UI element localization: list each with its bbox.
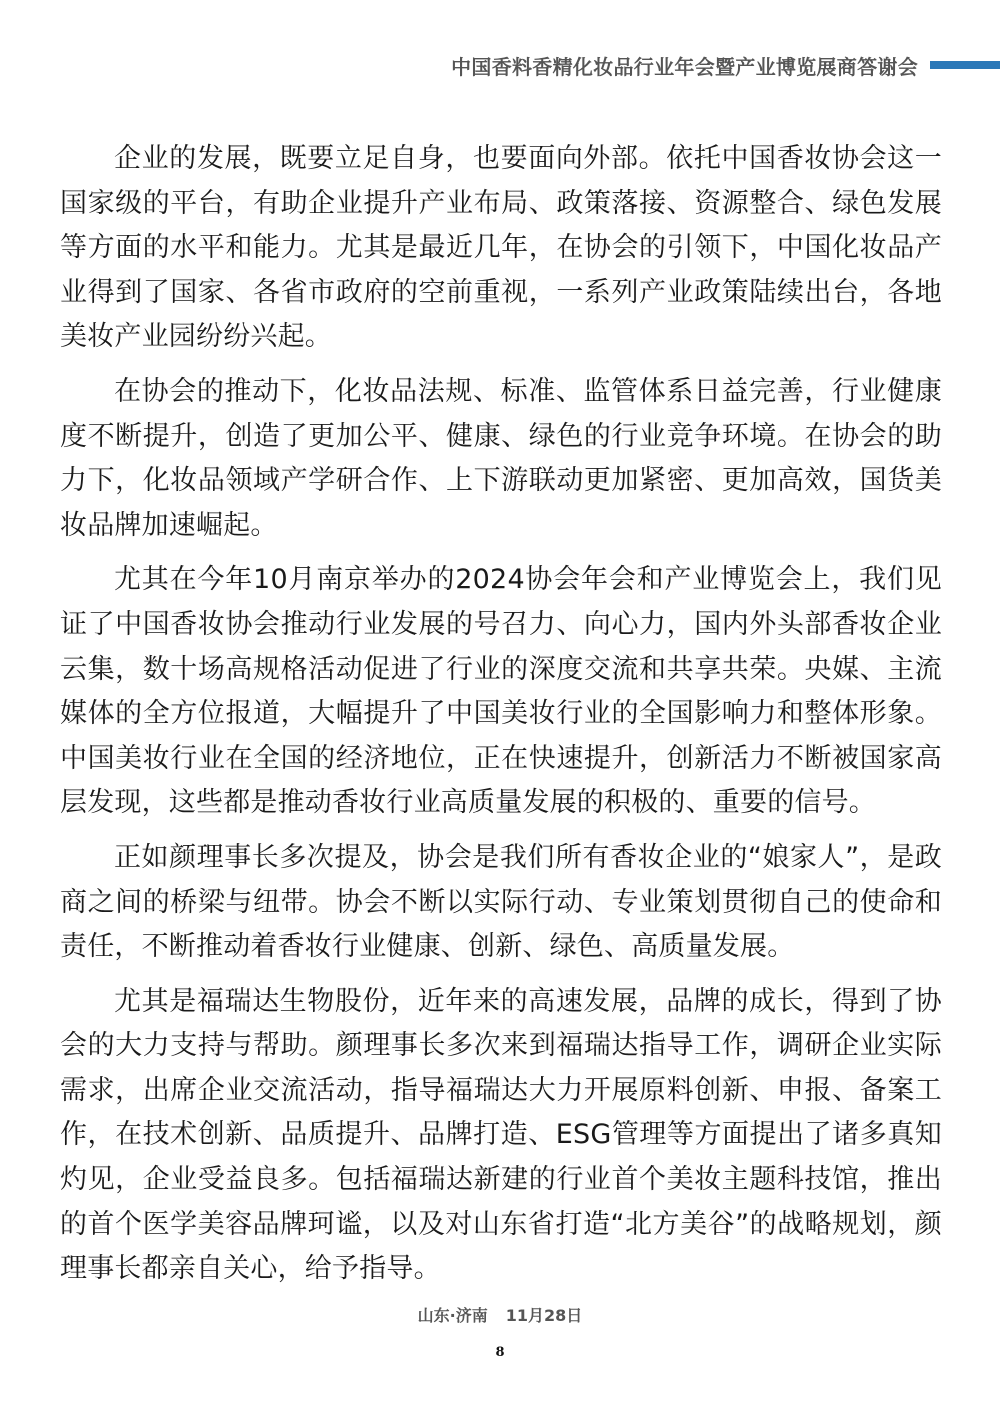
footer-location: 山东·济南 [418,1306,488,1325]
paragraph: 在协会的推动下，化妆品法规、标准、监管体系日益完善，行业健康度不断提升，创造了更… [60,370,942,548]
paragraph: 企业的发展，既要立足自身，也要面向外部。依托中国香妆协会这一国家级的平台，有助企… [60,137,942,360]
paragraph: 尤其在今年10月南京举办的2024协会年会和产业博览会上，我们见证了中国香妆协会… [60,558,942,826]
paragraph: 正如颜理事长多次提及，协会是我们所有香妆企业的“娘家人”，是政商之间的桥梁与纽带… [60,836,942,970]
article-body: 企业的发展，既要立足自身，也要面向外部。依托中国香妆协会这一国家级的平台，有助企… [60,137,942,1302]
header-title: 中国香料香精化妆品行业年会暨产业博览展商答谢会 [451,51,918,80]
header-accent-bar [930,61,1000,69]
page-header: 中国香料香精化妆品行业年会暨产业博览展商答谢会 [451,48,1000,82]
paragraph: 尤其是福瑞达生物股份，近年来的高速发展，品牌的成长，得到了协会的大力支持与帮助。… [60,980,942,1292]
page-number: 8 [0,1345,1000,1360]
footer-location-date: 山东·济南11月28日 [0,1303,1000,1326]
footer-date: 11月28日 [506,1306,583,1325]
